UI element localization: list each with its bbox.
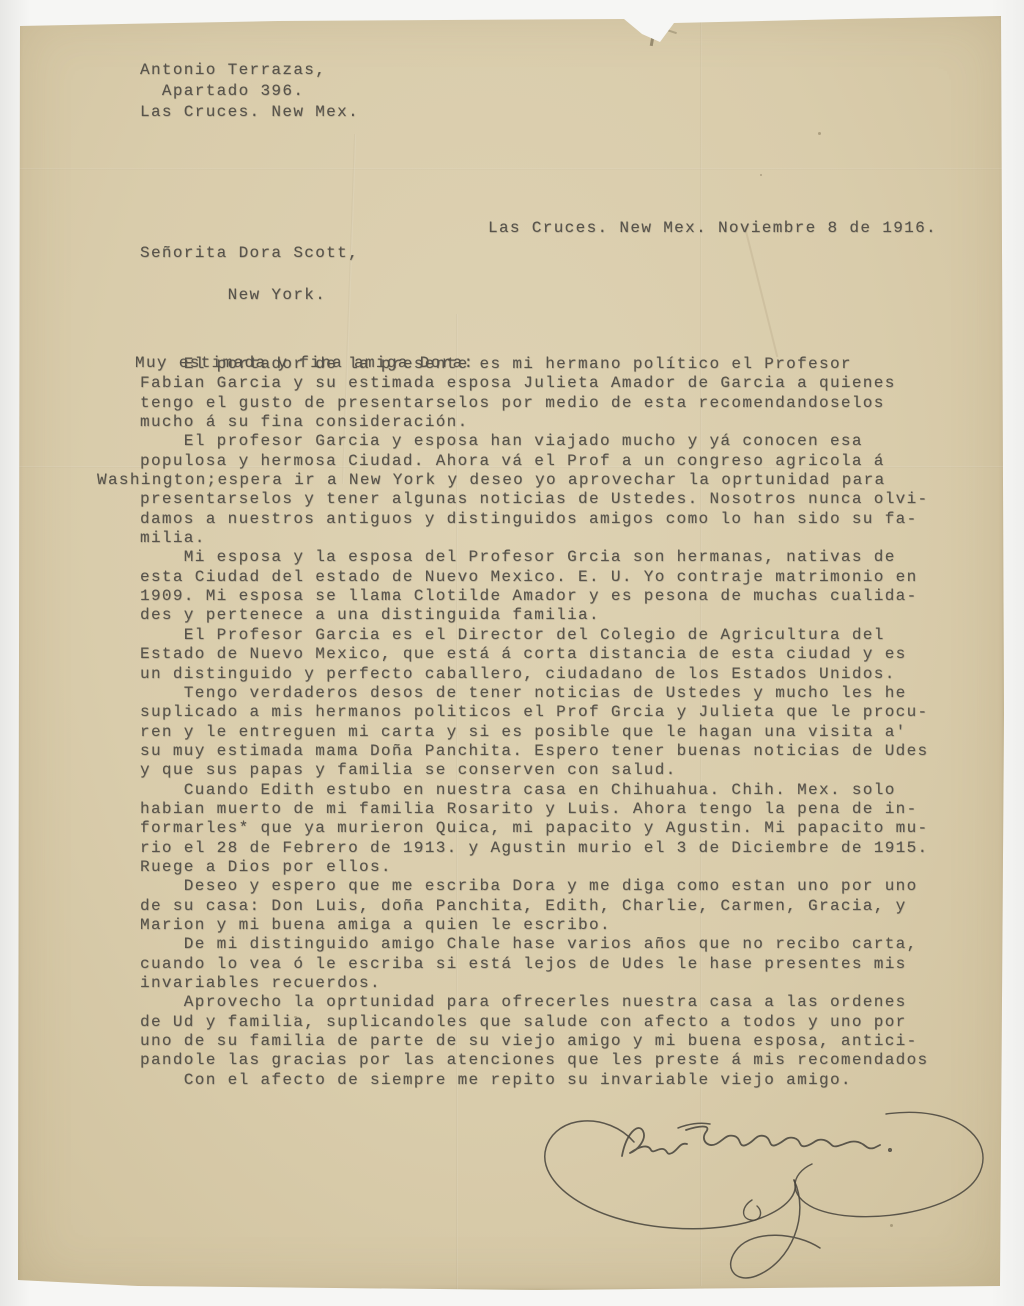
letter-page: Antonio Terrazas, Apartado 396.Las Cruce… bbox=[18, 14, 1004, 1290]
letter-body-line: De mi distinguido amigo Chale hase vario… bbox=[140, 935, 929, 954]
letter-body-line: su muy estimada mama Doña Panchita. Espe… bbox=[140, 742, 929, 761]
letter-body-line: Aprovecho la oprtunidad para ofrecerles … bbox=[140, 993, 929, 1012]
recipient-block: Señorita Dora Scott, New York. bbox=[140, 243, 359, 306]
letter-body-line: El profesor Garcia y esposa han viajado … bbox=[140, 432, 929, 451]
letter-body-line: populosa y hermosa Ciudad. Ahora vá el P… bbox=[140, 452, 929, 471]
letter-body-line: suplicado a mis hermanos politicos el Pr… bbox=[140, 703, 929, 722]
letter-body-line: 1909. Mi esposa se llama Clotilde Amador… bbox=[140, 587, 929, 606]
dateline: Las Cruces. New Mex. Noviembre 8 de 1916… bbox=[488, 182, 937, 275]
dateline-text: Las Cruces. New Mex. Noviembre 8 de 1916… bbox=[488, 218, 937, 239]
letter-body-line: mucho á su fina consideración. bbox=[140, 413, 929, 432]
sender-address-block: Antonio Terrazas, Apartado 396.Las Cruce… bbox=[140, 60, 359, 123]
letter-body-line: Cuando Edith estubo en nuestra casa en C… bbox=[140, 781, 929, 800]
recipient-line: New York. bbox=[140, 285, 359, 306]
recipient-line: Señorita Dora Scott, bbox=[140, 243, 359, 264]
scan-background: Antonio Terrazas, Apartado 396.Las Cruce… bbox=[0, 0, 1024, 1306]
paper-speck bbox=[760, 174, 762, 176]
letter-body-line: cuando lo vea ó le escriba si está lejos… bbox=[140, 955, 929, 974]
letter-body-line: El portador de la presente es mi hermano… bbox=[140, 355, 929, 374]
paper-speck bbox=[818, 132, 821, 135]
signature bbox=[530, 1082, 1010, 1302]
letter-body-line: invariables recuerdos. bbox=[140, 974, 929, 993]
letter-body-line: de su casa: Don Luis, doña Panchita, Edi… bbox=[140, 897, 929, 916]
letter-body-line: Estado de Nuevo Mexico, que está á corta… bbox=[140, 645, 929, 664]
letter-body-line: milia. bbox=[140, 529, 929, 548]
letter-body-line: Washington;espera ir a New York y deseo … bbox=[97, 471, 929, 490]
letter-body-line: Ruege a Dios por ellos. bbox=[140, 858, 929, 877]
paper-tear-top bbox=[650, 20, 657, 46]
letter-body-line: tengo el gusto de presentarselos por med… bbox=[140, 394, 929, 413]
letter-body-line: pandole las gracias por las atenciones q… bbox=[140, 1051, 929, 1070]
fold-crease-horizontal-upper bbox=[18, 168, 1004, 170]
recipient-line bbox=[140, 264, 359, 285]
letter-body-line: esta Ciudad del estado de Nuevo Mexico. … bbox=[140, 568, 929, 587]
sender-address-line: Las Cruces. New Mex. bbox=[140, 102, 359, 123]
letter-body-line: habian muerto de mi familia Rosarito y L… bbox=[140, 800, 929, 819]
letter-body-line: ren y le entreguen mi carta y si es posi… bbox=[140, 723, 929, 742]
sender-address-line: Antonio Terrazas, bbox=[140, 60, 359, 81]
letter-body-line: presentarselos y tener algunas noticias … bbox=[140, 490, 929, 509]
sender-address-line: Apartado 396. bbox=[140, 81, 359, 102]
letter-body-line: Tengo verdaderos desos de tener noticias… bbox=[140, 684, 929, 703]
letter-body-line: El Profesor Garcia es el Director del Co… bbox=[140, 626, 929, 645]
letter-body-line: Marion y mi buena amiga a quien le escri… bbox=[140, 916, 929, 935]
letter-body-line: formarles* que ya murieron Quica, mi pap… bbox=[140, 819, 929, 838]
letter-body-line: de Ud y familia, suplicandoles que salud… bbox=[140, 1013, 929, 1032]
letter-body-line: rio el 28 de Febrero de 1913. y Agustin … bbox=[140, 839, 929, 858]
letter-body-line: Fabian Garcia y su estimada esposa Julie… bbox=[140, 374, 929, 393]
letter-body-line: y que sus papas y familia se conserven c… bbox=[140, 761, 929, 780]
letter-body-line: Mi esposa y la esposa del Profesor Grcia… bbox=[140, 548, 929, 567]
letter-body-line: des y pertenece a una distinguida famili… bbox=[140, 606, 929, 625]
signature-flourish-drawing bbox=[530, 1082, 1010, 1302]
letter-body-line: Deseo y espero que me escriba Dora y me … bbox=[140, 877, 929, 896]
letter-body-line: uno de su familia de parte de su viejo a… bbox=[140, 1032, 929, 1051]
paper-tear-top-small bbox=[663, 28, 677, 34]
letter-body-line: damos a nuestros antiguos y distinguidos… bbox=[140, 510, 929, 529]
letter-body-line: un distinguido y perfecto caballero, ciu… bbox=[140, 665, 929, 684]
letter-body: El portador de la presente es mi hermano… bbox=[140, 355, 929, 1090]
